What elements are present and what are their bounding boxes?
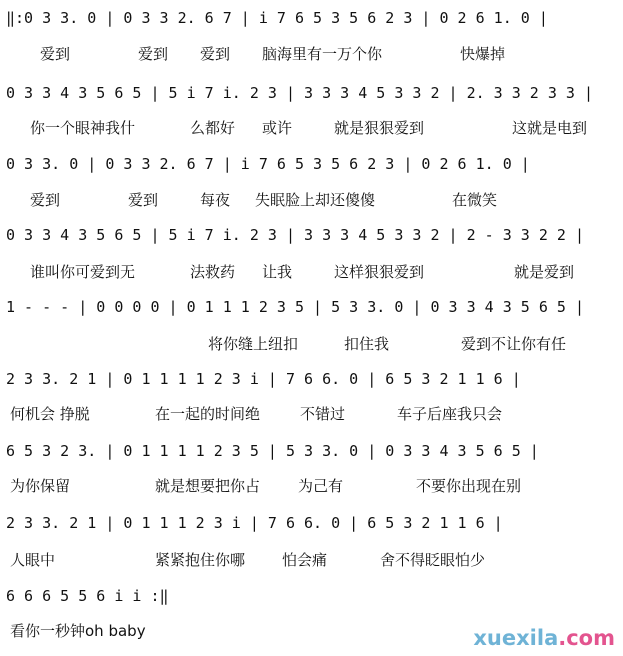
lyric-phrase: 或许 (262, 119, 292, 137)
watermark-part-2: .com (558, 626, 615, 650)
watermark-part-1: xuexila (473, 626, 558, 650)
lyric-phrase: 法救药 (190, 263, 235, 281)
lyric-phrase: 这就是电到 (512, 119, 587, 137)
lyric-phrase: 爱到 (40, 45, 70, 63)
lyric-phrase: 舍不得眨眼怕少 (380, 551, 485, 569)
lyric-phrase: 为你保留 (10, 477, 70, 495)
lyric-phrase: 在一起的时间绝 (155, 405, 260, 423)
lyric-phrase: 看你一秒钟oh baby (10, 622, 146, 640)
site-watermark: xuexila.com (473, 626, 615, 650)
notation-line-9: 6 6 6 5 5 6 i i :‖ (6, 587, 169, 605)
lyric-phrase: 谁叫你可爱到无 (30, 263, 135, 281)
lyric-phrase: 不要你出现在别 (416, 477, 521, 495)
lyric-phrase: 脑海里有一万个你 (262, 45, 382, 63)
lyric-phrase: 为己有 (298, 477, 343, 495)
lyric-phrase: 爱到 (200, 45, 230, 63)
notation-line-6: 2 3 3. 2 1 | 0 1 1 1 1 2 3 i | 7 6 6. 0 … (6, 370, 521, 388)
lyric-phrase: 怕会痛 (282, 551, 327, 569)
lyric-phrase: 车子后座我只会 (397, 405, 502, 423)
lyric-phrase: 将你缝上纽扣 (208, 335, 298, 353)
lyric-phrase: 爱到 (138, 45, 168, 63)
notation-line-2: 0 3 3 4 3 5 6 5 | 5 i 7 i. 2 3 | 3 3 3 4… (6, 84, 593, 102)
notation-line-1: ‖:0 3 3. 0 | 0 3 3 2. 6 7 | i 7 6 5 3 5 … (6, 9, 548, 27)
lyric-phrase: 就是爱到 (514, 263, 574, 281)
lyric-phrase: 紧紧抱住你哪 (155, 551, 245, 569)
lyric-phrase: 不错过 (300, 405, 345, 423)
lyric-phrase: 这样狠狠爱到 (334, 263, 424, 281)
lyric-phrase: 何机会 挣脱 (10, 405, 90, 423)
lyric-phrase: 爱到 (128, 191, 158, 209)
lyric-phrase: 爱到 (30, 191, 60, 209)
lyric-phrase: 就是想要把你占 (155, 477, 260, 495)
lyric-phrase: 失眠脸上却还傻傻 (255, 191, 375, 209)
lyric-phrase: 让我 (262, 263, 292, 281)
notation-line-7: 6 5 3 2 3. | 0 1 1 1 1 2 3 5 | 5 3 3. 0 … (6, 442, 539, 460)
lyric-phrase: 每夜 (200, 191, 230, 209)
lyric-phrase: 你一个眼神我什 (30, 119, 135, 137)
notation-line-8: 2 3 3. 2 1 | 0 1 1 1 2 3 i | 7 6 6. 0 | … (6, 514, 503, 532)
lyric-phrase: 人眼中 (10, 551, 55, 569)
lyric-phrase: 快爆掉 (460, 45, 505, 63)
notation-line-4: 0 3 3 4 3 5 6 5 | 5 i 7 i. 2 3 | 3 3 3 4… (6, 226, 584, 244)
lyric-phrase: 爱到不让你有任 (461, 335, 566, 353)
notation-line-3: 0 3 3. 0 | 0 3 3 2. 6 7 | i 7 6 5 3 5 6 … (6, 155, 530, 173)
sheet-music-page: ‖:0 3 3. 0 | 0 3 3 2. 6 7 | i 7 6 5 3 5 … (0, 0, 623, 656)
notation-line-5: 1 - - - | 0 0 0 0 | 0 1 1 1 2 3 5 | 5 3 … (6, 298, 584, 316)
lyric-phrase: 就是狠狠爱到 (334, 119, 424, 137)
lyric-phrase: 么都好 (190, 119, 235, 137)
lyric-phrase: 在微笑 (452, 191, 497, 209)
lyric-phrase: 扣住我 (344, 335, 389, 353)
